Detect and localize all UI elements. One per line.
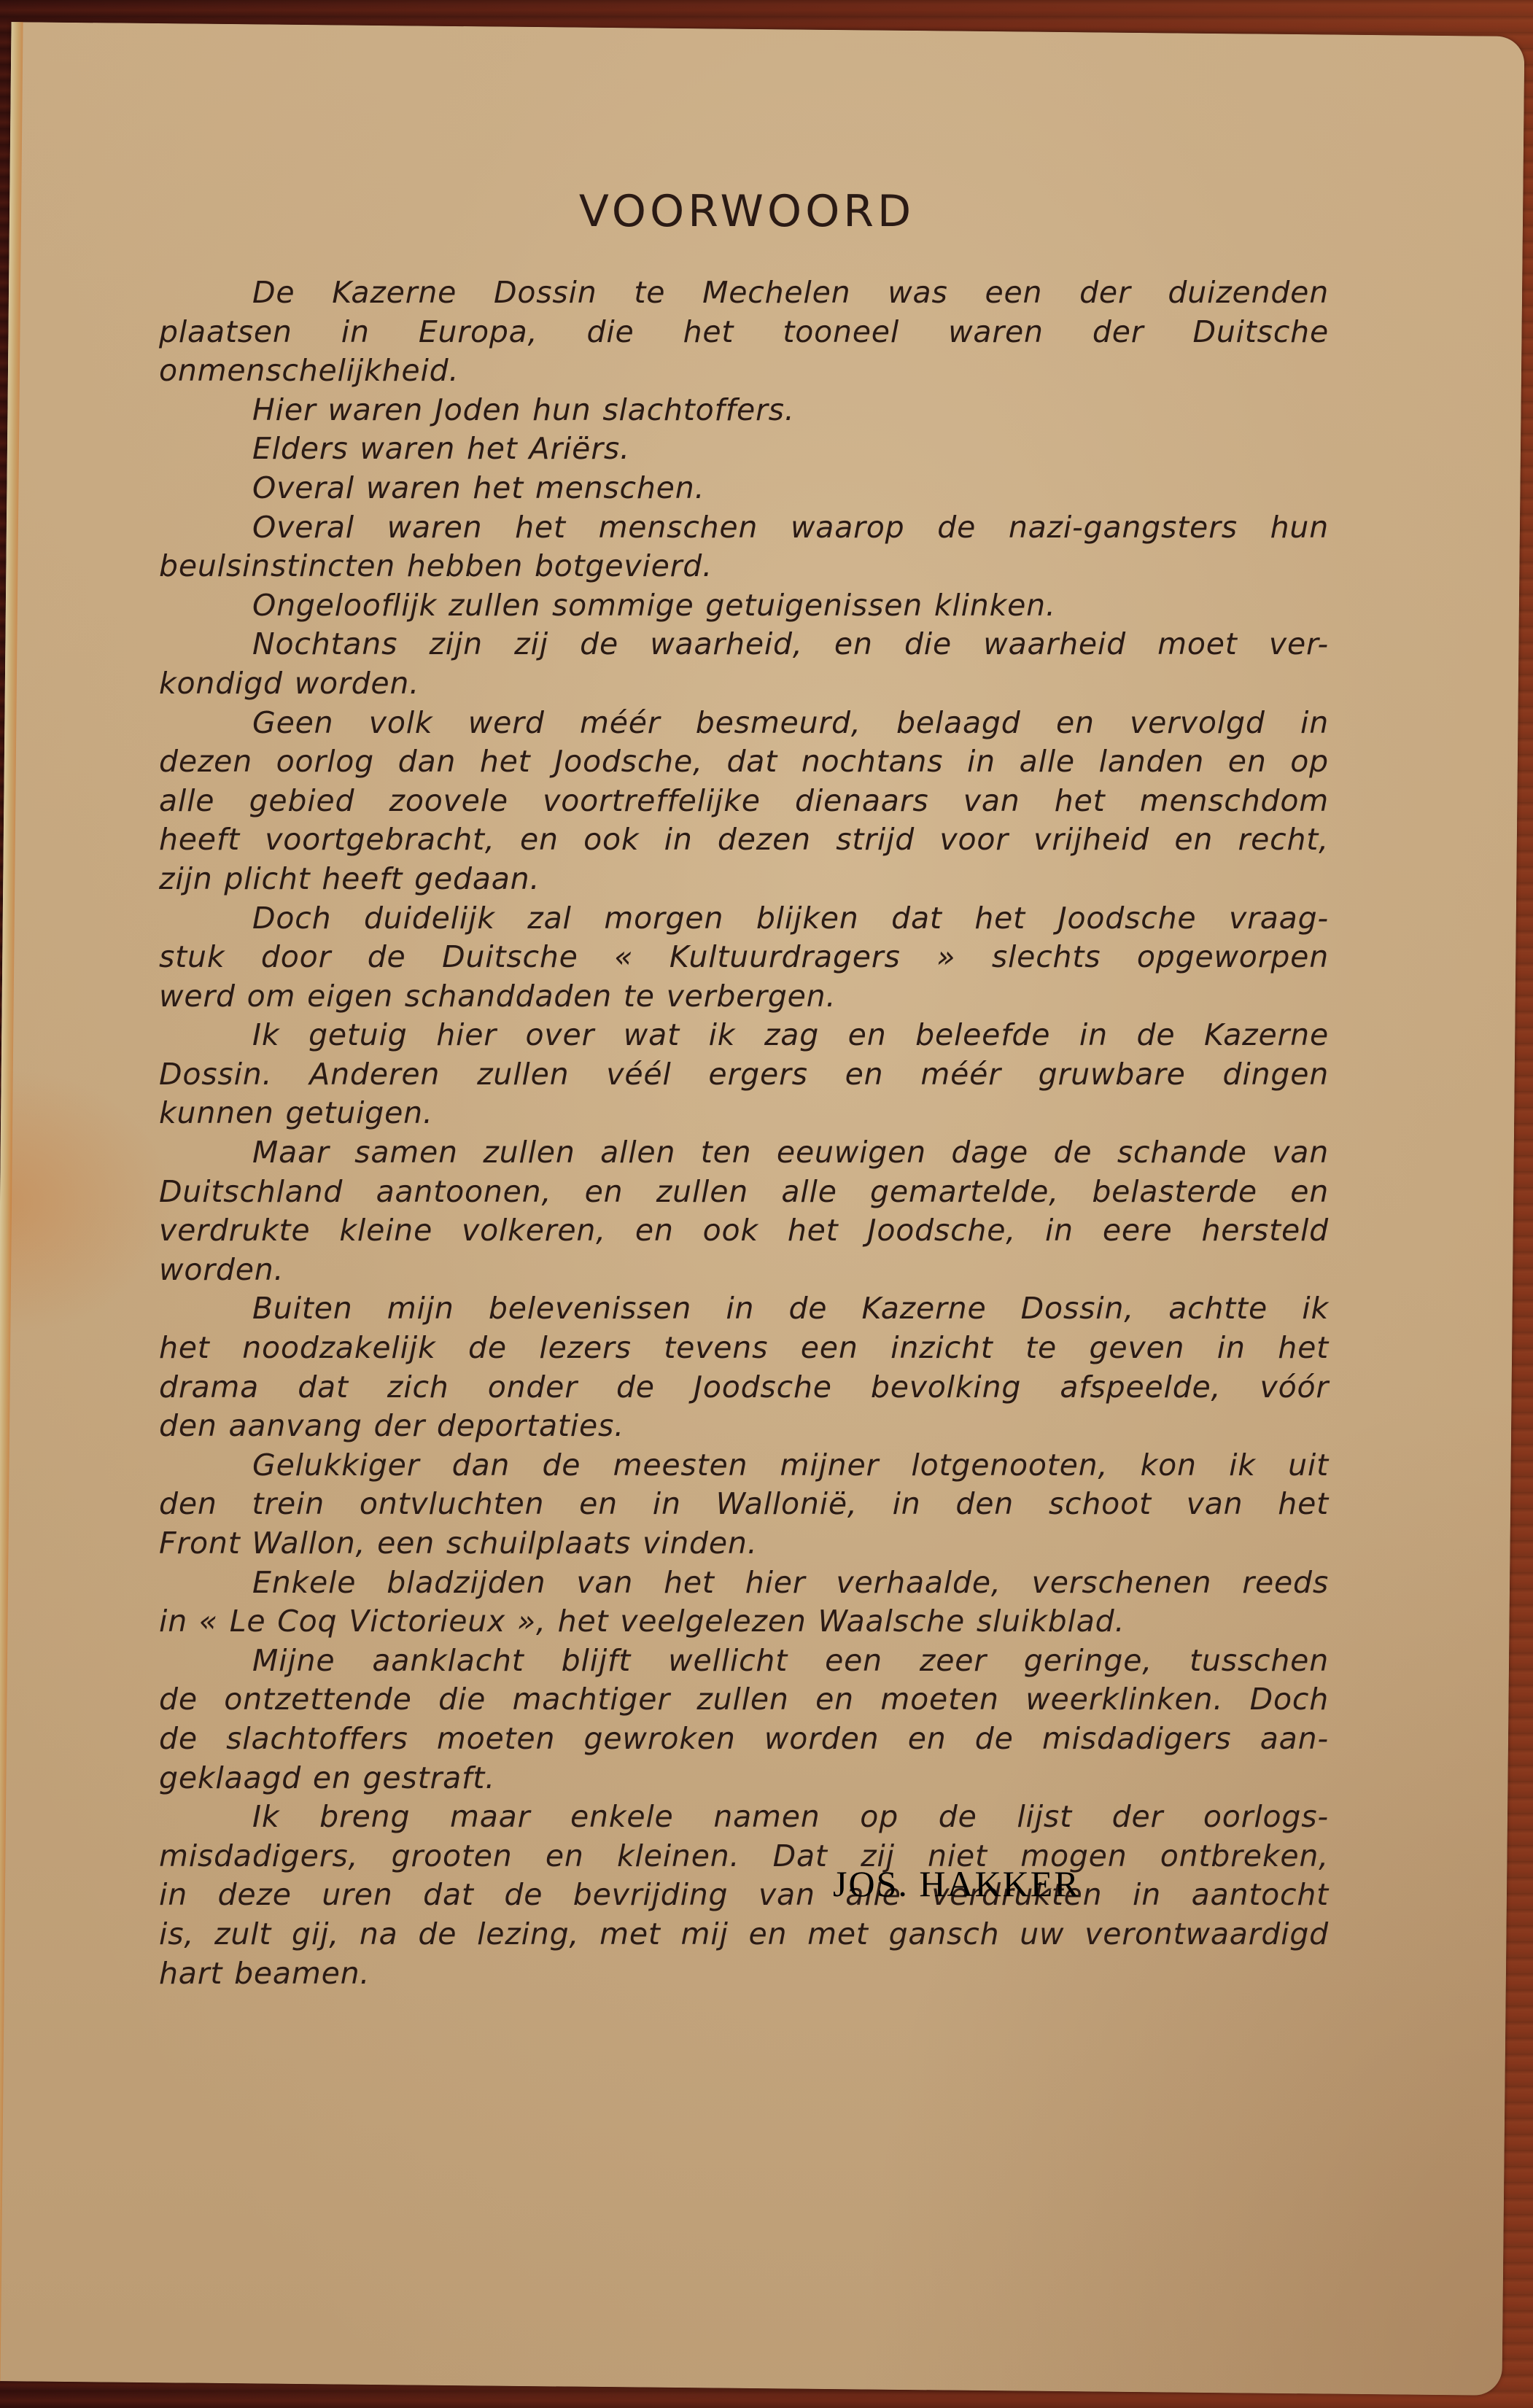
- text-line: Front Wallon, een schuilplaats vinden.: [159, 1524, 1329, 1564]
- text-line: Ongelooflijk zullen sommige getuigenisse…: [159, 586, 1329, 626]
- page-title: VOORWOORD: [159, 186, 1329, 237]
- paragraph: Overal waren het menschen waarop de nazi…: [159, 508, 1329, 586]
- text-line: Buiten mijn belevenissen in de Kazerne D…: [159, 1289, 1329, 1329]
- paragraph: Ik getuig hier over wat ik zag en beleef…: [159, 1016, 1329, 1133]
- text-line: geklaagd en gestraft.: [159, 1759, 1329, 1798]
- text-line: den aanvang der deportaties.: [159, 1407, 1329, 1446]
- text-line: Gelukkiger dan de meesten mijner lotgeno…: [159, 1446, 1329, 1485]
- paragraph: Geen volk werd méér besmeurd, belaagd en…: [159, 704, 1329, 899]
- paragraph: De Kazerne Dossin te Mechelen was een de…: [159, 273, 1329, 391]
- text-line: hart beamen.: [159, 1954, 1329, 1994]
- text-line: heeft voortgebracht, en ook in dezen str…: [159, 820, 1329, 860]
- text-line: onmenschelijkheid.: [159, 352, 1329, 391]
- text-line: dezen oorlog dan het Joodsche, dat nocht…: [159, 742, 1329, 782]
- text-line: worden.: [159, 1251, 1329, 1290]
- text-line: werd om eigen schanddaden te verbergen.: [159, 977, 1329, 1017]
- text-line: Mijne aanklacht blijft wellicht een zeer…: [159, 1642, 1329, 1681]
- text-line: beulsinstincten hebben botgevierd.: [159, 547, 1329, 586]
- text-line: in deze uren dat de bevrijding van alle …: [159, 1876, 1329, 1915]
- text-line: Elders waren het Ariërs.: [159, 430, 1329, 469]
- text-line: het noodzakelijk de lezers tevens een in…: [159, 1329, 1329, 1368]
- text-line: kunnen getuigen.: [159, 1094, 1329, 1133]
- text-line: Nochtans zijn zij de waarheid, en die wa…: [159, 625, 1329, 664]
- paragraph: Ik breng maar enkele namen op de lijst d…: [159, 1798, 1329, 1993]
- text-line: stuk door de Duitsche « Kultuurdragers »…: [159, 938, 1329, 977]
- text-line: de ontzettende die machtiger zullen en m…: [159, 1680, 1329, 1720]
- page-content: VOORWOORD De Kazerne Dossin te Mechelen …: [159, 186, 1329, 1993]
- text-line: misdadigers, grooten en kleinen. Dat zij…: [159, 1837, 1329, 1876]
- paragraph: Overal waren het menschen.: [159, 469, 1329, 508]
- text-line: Ik breng maar enkele namen op de lijst d…: [159, 1798, 1329, 1837]
- text-line: Geen volk werd méér besmeurd, belaagd en…: [159, 704, 1329, 743]
- page-gutter: [0, 22, 23, 2381]
- paragraph: Maar samen zullen allen ten eeuwigen dag…: [159, 1133, 1329, 1289]
- text-line: is, zult gij, na de lezing, met mij en m…: [159, 1915, 1329, 1954]
- text-line: plaatsen in Europa, die het tooneel ware…: [159, 313, 1329, 352]
- text-line: drama dat zich onder de Joodsche bevolki…: [159, 1368, 1329, 1407]
- text-line: Ik getuig hier over wat ik zag en beleef…: [159, 1016, 1329, 1055]
- text-line: verdrukte kleine volkeren, en ook het Jo…: [159, 1211, 1329, 1251]
- text-line: Enkele bladzijden van het hier verhaalde…: [159, 1564, 1329, 1603]
- text-line: in « Le Coq Victorieux », het veelgeleze…: [159, 1602, 1329, 1642]
- text-line: zijn plicht heeft gedaan.: [159, 860, 1329, 899]
- text-line: Duitschland aantoonen, en zullen alle ge…: [159, 1173, 1329, 1212]
- text-line: den trein ontvluchten en in Wallonië, in…: [159, 1485, 1329, 1524]
- text-line: Overal waren het menschen.: [159, 469, 1329, 508]
- paragraph: Ongelooflijk zullen sommige getuigenisse…: [159, 586, 1329, 626]
- paragraph: Elders waren het Ariërs.: [159, 430, 1329, 469]
- paragraph: Nochtans zijn zij de waarheid, en die wa…: [159, 625, 1329, 703]
- text-line: Overal waren het menschen waarop de nazi…: [159, 508, 1329, 548]
- text-line: alle gebied zoovele voortreffelijke dien…: [159, 782, 1329, 821]
- body-text: De Kazerne Dossin te Mechelen was een de…: [159, 273, 1329, 1993]
- text-line: Doch duidelijk zal morgen blijken dat he…: [159, 899, 1329, 939]
- paragraph: Enkele bladzijden van het hier verhaalde…: [159, 1564, 1329, 1642]
- paragraph: Gelukkiger dan de meesten mijner lotgeno…: [159, 1446, 1329, 1564]
- paragraph: Buiten mijn belevenissen in de Kazerne D…: [159, 1289, 1329, 1445]
- text-line: Maar samen zullen allen ten eeuwigen dag…: [159, 1133, 1329, 1173]
- paragraph: Doch duidelijk zal morgen blijken dat he…: [159, 899, 1329, 1017]
- text-line: de slachtoffers moeten gewroken worden e…: [159, 1720, 1329, 1759]
- text-line: Dossin. Anderen zullen véél ergers en mé…: [159, 1055, 1329, 1095]
- paragraph: Mijne aanklacht blijft wellicht een zeer…: [159, 1642, 1329, 1798]
- author-signature: JOS. HAKKER: [833, 1862, 1080, 1906]
- text-line: kondigd worden.: [159, 664, 1329, 704]
- text-line: Hier waren Joden hun slachtoffers.: [159, 391, 1329, 430]
- text-line: De Kazerne Dossin te Mechelen was een de…: [159, 273, 1329, 313]
- paragraph: Hier waren Joden hun slachtoffers.: [159, 391, 1329, 430]
